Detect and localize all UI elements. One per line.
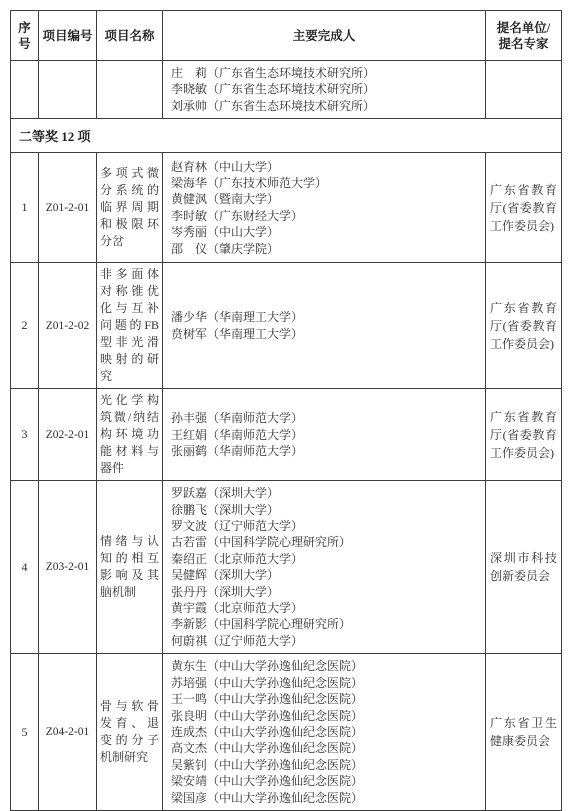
contributor-line: 古若雷（中国科学院心理研究所） [171, 534, 481, 550]
contributor-line: 何蔚祺（辽宁师范大学） [171, 633, 481, 649]
contributor-line: 秦绍正（北京师范大学） [171, 551, 481, 567]
contributor-line: 刘承帅（广东省生态环境技术研究所） [171, 98, 481, 114]
contributor-line: 王一鸣（中山大学孙逸仙纪念医院） [171, 691, 481, 707]
table-row: 2 Z01-2-02 非多面体对称锥优化与互补问题的FB 型非光滑映射的研究 潘… [11, 263, 562, 389]
award-projects-table: 序 号 项目编号 项目名称 主要完成人 提名单位/ 提名专家 庄 莉（广东省生态… [10, 10, 562, 811]
contributor-line: 连成杰（中山大学孙逸仙纪念医院） [171, 724, 481, 740]
contributor-line: 张丹丹（深圳大学） [171, 584, 481, 600]
project-name-cell: 情绪与认知的相互影响及其脑机制 [97, 481, 163, 654]
table-row: 3 Z02-2-01 光化学构筑微/纳结构环境功能材料与器件 孙丰强（华南师范大… [11, 389, 562, 481]
row-number-cell [11, 61, 39, 119]
table-row: 1 Z01-2-01 多项式微分系统的临界周期和极限环分岔 赵育林（中山大学） … [11, 153, 562, 263]
contributor-line: 孙丰强（华南师范大学） [171, 410, 481, 426]
contributor-line: 罗跃嘉（深圳大学） [171, 485, 481, 501]
contributors-cell: 赵育林（中山大学） 梁海华（广东技术师范大学） 黄健沨（暨南大学） 李时敏（广东… [163, 153, 486, 263]
contributor-line: 黄健沨（暨南大学） [171, 191, 481, 207]
contributors-cell: 孙丰强（华南师范大学） 王红娟（华南师范大学） 张丽鹤（华南师范大学） [163, 389, 486, 481]
table-row-continuation: 庄 莉（广东省生态环境技术研究所） 李晓敏（广东省生态环境技术研究所） 刘承帅（… [11, 61, 562, 119]
contributor-line: 李晓敏（广东省生态环境技术研究所） [171, 81, 481, 97]
contributor-line: 黄宇霞（北京师范大学） [171, 600, 481, 616]
row-number-cell: 3 [11, 389, 39, 481]
project-code-cell: Z02-2-01 [39, 389, 97, 481]
contributor-line: 岑秀丽（中山大学） [171, 224, 481, 240]
header-project-name: 项目名称 [97, 11, 163, 61]
contributor-line: 庄 莉（广东省生态环境技术研究所） [171, 65, 481, 81]
nominator-cell: 广东省教育厅(省委教育工作委员会) [486, 263, 562, 389]
contributor-line: 梁国彦（中山大学孙逸仙纪念医院） [171, 790, 481, 806]
project-code-cell [39, 61, 97, 119]
project-name-cell: 骨与软骨发育、退变的分子机制研究 [97, 654, 163, 811]
contributor-line: 吴紫钊（中山大学孙逸仙纪念医院） [171, 757, 481, 773]
header-project-code: 项目编号 [39, 11, 97, 61]
contributor-line: 苏培强（中山大学孙逸仙纪念医院） [171, 675, 481, 691]
project-code-cell: Z01-2-01 [39, 153, 97, 263]
project-code-cell: Z04-2-01 [39, 654, 97, 811]
nominator-cell: 广东省教育厅(省委教育工作委员会) [486, 389, 562, 481]
contributor-line: 梁安靖（中山大学孙逸仙纪念医院） [171, 773, 481, 789]
contributor-line: 赵育林（中山大学） [171, 159, 481, 175]
nominator-cell [486, 61, 562, 119]
nominator-cell: 广东省卫生健康委员会 [486, 654, 562, 811]
contributor-line: 黄东生（中山大学孙逸仙纪念医院） [171, 658, 481, 674]
contributor-line: 李时敏（广东财经大学） [171, 208, 481, 224]
contributor-line: 罗文波（辽宁师范大学） [171, 518, 481, 534]
contributor-line: 徐鹏飞（深圳大学） [171, 502, 481, 518]
contributor-line: 潘少华（华南理工大学） [171, 309, 481, 325]
contributor-line: 吴健辉（深圳大学） [171, 567, 481, 583]
project-code-cell: Z03-2-01 [39, 481, 97, 654]
row-number-cell: 2 [11, 263, 39, 389]
section-header-row: 二等奖 12 项 [11, 119, 562, 153]
project-code-cell: Z01-2-02 [39, 263, 97, 389]
contributor-line: 梁海华（广东技术师范大学） [171, 175, 481, 191]
section-label: 二等奖 12 项 [11, 119, 562, 153]
table-header-row: 序 号 项目编号 项目名称 主要完成人 提名单位/ 提名专家 [11, 11, 562, 61]
contributor-line: 张良明（中山大学孙逸仙纪念医院） [171, 708, 481, 724]
document-page: 序 号 项目编号 项目名称 主要完成人 提名单位/ 提名专家 庄 莉（广东省生态… [0, 0, 569, 796]
header-nominator: 提名单位/ 提名专家 [486, 11, 562, 61]
contributor-line: 李新影（中国科学院心理研究所） [171, 616, 481, 632]
contributor-line: 王红娟（华南师范大学） [171, 427, 481, 443]
contributors-cell: 潘少华（华南理工大学） 贲树军（华南理工大学） [163, 263, 486, 389]
project-name-cell [97, 61, 163, 119]
contributor-line: 张丽鹤（华南师范大学） [171, 443, 481, 459]
table-row: 5 Z04-2-01 骨与软骨发育、退变的分子机制研究 黄东生（中山大学孙逸仙纪… [11, 654, 562, 811]
nominator-cell: 深圳市科技创新委员会 [486, 481, 562, 654]
project-name-cell: 光化学构筑微/纳结构环境功能材料与器件 [97, 389, 163, 481]
contributors-cell: 黄东生（中山大学孙逸仙纪念医院） 苏培强（中山大学孙逸仙纪念医院） 王一鸣（中山… [163, 654, 486, 811]
project-name-cell: 非多面体对称锥优化与互补问题的FB 型非光滑映射的研究 [97, 263, 163, 389]
contributor-line: 邵 仪（肇庆学院） [171, 241, 481, 257]
contributor-line: 贲树军（华南理工大学） [171, 326, 481, 342]
header-main-contributors: 主要完成人 [163, 11, 486, 61]
row-number-cell: 4 [11, 481, 39, 654]
project-name-cell: 多项式微分系统的临界周期和极限环分岔 [97, 153, 163, 263]
contributors-cell: 庄 莉（广东省生态环境技术研究所） 李晓敏（广东省生态环境技术研究所） 刘承帅（… [163, 61, 486, 119]
row-number-cell: 5 [11, 654, 39, 811]
row-number-cell: 1 [11, 153, 39, 263]
nominator-cell: 广东省教育厅(省委教育工作委员会) [486, 153, 562, 263]
table-row: 4 Z03-2-01 情绪与认知的相互影响及其脑机制 罗跃嘉（深圳大学） 徐鹏飞… [11, 481, 562, 654]
contributors-cell: 罗跃嘉（深圳大学） 徐鹏飞（深圳大学） 罗文波（辽宁师范大学） 古若雷（中国科学… [163, 481, 486, 654]
contributor-line: 高文杰（中山大学孙逸仙纪念医院） [171, 740, 481, 756]
header-seq-number: 序 号 [11, 11, 39, 61]
